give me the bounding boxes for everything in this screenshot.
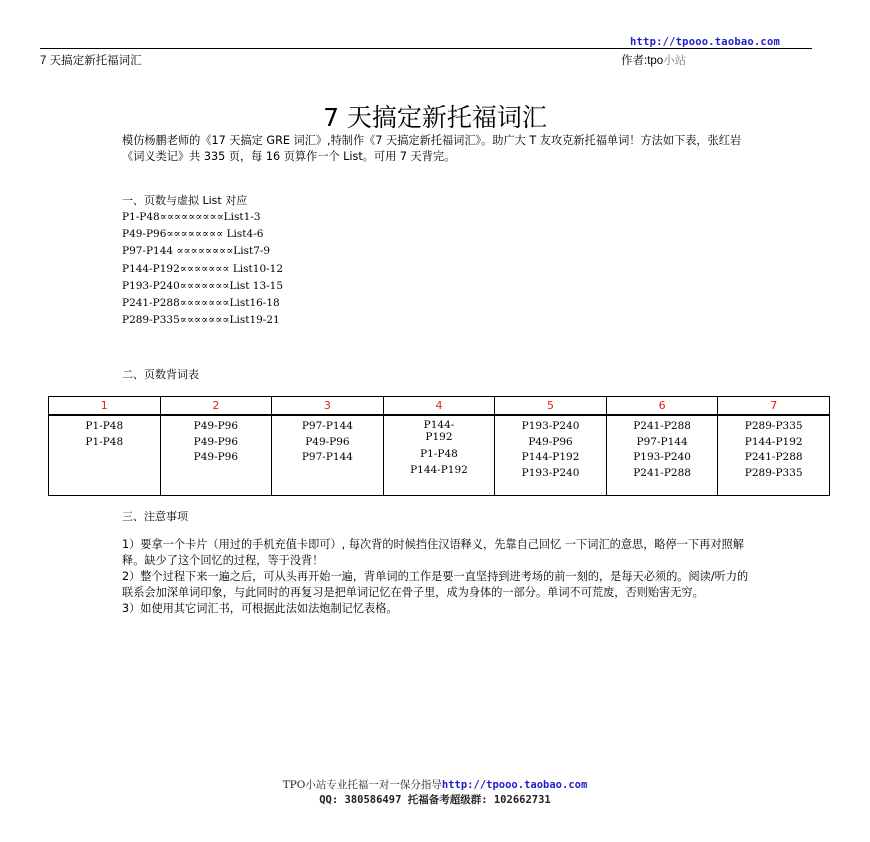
mapping-row: P193-P240∝∝∝∝∝∝∝List 13-15 [122,278,283,295]
day-cell: P144-P192P1-P48P144-P192 [383,415,495,496]
table-row: P1-P48P1-P48P49-P96P49-P96P49-P96P97-P14… [49,415,830,496]
page-footer: TPO小站专业托福一对一保分指导http://tpooo.taobao.com … [0,778,870,808]
header-divider [40,48,812,49]
page-range: P241-P288 [607,419,718,435]
page-range: P97-P144 [272,450,383,466]
day-cell: P193-P240P49-P96P144-P192P193-P240 [495,415,607,496]
day-cell: P49-P96P49-P96P49-P96 [160,415,272,496]
note-item: 1）要拿一个卡片（用过的手机充值卡即可）, 每次背的时候挡住汉语释义，先靠自己回… [122,537,752,569]
section2-heading: 二、页数背词表 [122,366,199,382]
page-range: P193-P240 [607,450,718,466]
column-header-day-1: 1 [49,397,161,416]
footer-promo-text: TPO小站专业托福一对一保分指导 [283,779,442,791]
column-header-day-2: 2 [160,397,272,416]
section3-heading: 三、注意事项 [122,508,188,524]
section1-heading: 一、页数与虚拟 List 对应 [122,192,247,208]
day-cell: P289-P335P144-P192P241-P288P289-P335 [718,415,830,496]
page-title: 7 天搞定新托福词汇 [0,98,870,134]
author-suffix: 小站 [663,55,686,67]
page-range: P193-P240 [495,419,606,435]
day-cell: P97-P144P49-P96P97-P144 [272,415,384,496]
page-range: P241-P288 [607,466,718,482]
author-label: 作者:tpo [621,55,663,67]
column-header-day-4: 4 [383,397,495,416]
notes-list: 1）要拿一个卡片（用过的手机充值卡即可）, 每次背的时候挡住汉语释义，先靠自己回… [122,537,752,617]
day-cell: P1-P48P1-P48 [49,415,161,496]
footer-contact: QQ: 380586497 托福备考超级群: 102662731 [0,793,870,808]
page-range: P97-P144 [272,419,383,435]
page-range: P144-P192 [384,463,495,479]
day-cell: P241-P288P97-P144P193-P240P241-P288 [606,415,718,496]
note-item: 2）整个过程下来一遍之后，可从头再开始一遍，背单词的工作是要一直坚持到进考场的前… [122,569,752,601]
note-item: 3）如使用其它词汇书，可根据此法如法炮制记忆表格。 [122,601,752,617]
page-range: P241-P288 [718,450,829,466]
header-url-link[interactable]: http://tpooo.taobao.com [630,36,780,48]
table-header-row: 1234567 [49,397,830,416]
column-header-day-5: 5 [495,397,607,416]
page-range: P49-P96 [272,435,383,451]
mapping-row: P144-P192∝∝∝∝∝∝∝ List10-12 [122,261,283,278]
page-range: P1-P48 [384,447,495,463]
footer-line1: TPO小站专业托福一对一保分指导http://tpooo.taobao.com [0,778,870,793]
header-author: 作者:tpo小站 [621,52,686,68]
column-header-day-6: 6 [606,397,718,416]
mapping-row: P49-P96∝∝∝∝∝∝∝∝ List4-6 [122,226,283,243]
column-header-day-7: 7 [718,397,830,416]
page-range: P289-P335 [718,466,829,482]
schedule-table: 1234567 P1-P48P1-P48P49-P96P49-P96P49-P9… [48,396,830,496]
header-doc-title: 7 天搞定新托福词汇 [40,52,142,68]
mapping-row: P289-P335∝∝∝∝∝∝∝List19-21 [122,312,283,329]
page-range: P144-P192 [419,419,459,443]
page-range: P49-P96 [161,435,272,451]
page-range: P49-P96 [495,435,606,451]
page-range: P49-P96 [161,450,272,466]
mapping-row: P241-P288∝∝∝∝∝∝∝List16-18 [122,295,283,312]
page-range: P49-P96 [161,419,272,435]
page-range: P1-P48 [49,435,160,451]
page-range: P144-P192 [718,435,829,451]
page-range: P289-P335 [718,419,829,435]
mapping-row: P97-P144 ∝∝∝∝∝∝∝∝List7-9 [122,243,283,260]
page-range: P193-P240 [495,466,606,482]
intro-paragraph: 模仿杨鹏老师的《17 天搞定 GRE 词汇》,特制作《7 天搞定新托福词汇》。助… [122,133,752,165]
page-range: P1-P48 [49,419,160,435]
page-range: P144-P192 [495,450,606,466]
page-list-mapping: P1-P48∝∝∝∝∝∝∝∝∝List1-3 P49-P96∝∝∝∝∝∝∝∝ L… [122,209,283,329]
column-header-day-3: 3 [272,397,384,416]
mapping-row: P1-P48∝∝∝∝∝∝∝∝∝List1-3 [122,209,283,226]
page-range: P97-P144 [607,435,718,451]
footer-url-link[interactable]: http://tpooo.taobao.com [442,779,587,791]
